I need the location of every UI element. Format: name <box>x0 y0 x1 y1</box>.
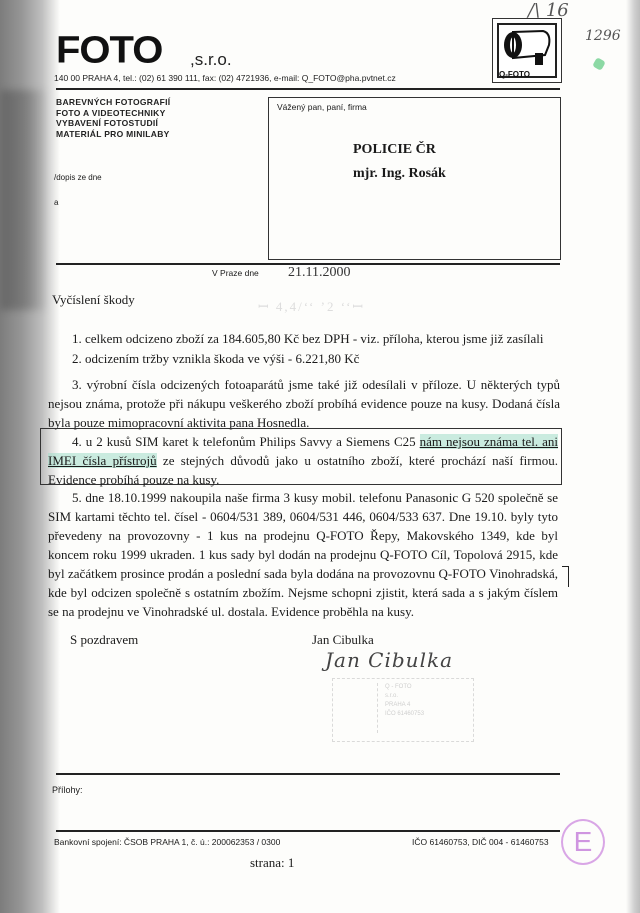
qfoto-logo: Q-FOTO <box>492 18 562 83</box>
stamp-line: Q - FOTO <box>385 683 424 692</box>
faint-overprint: ꟷ 4,4/‘‘ ’2 ‘‘ꟷ <box>258 297 365 315</box>
service-item: VYBAVENÍ FOTOSTUDIÍ <box>56 118 170 129</box>
damage-item-3: 3. výrobní čísla odcizených fotoaparátů … <box>48 375 560 432</box>
handwritten-note-top: /\ 16 <box>528 0 569 21</box>
bank-details: Bankovní spojení: ČSOB PRAHA 1, č. ú.: 2… <box>54 837 280 847</box>
footer-divider-top <box>56 773 560 775</box>
header-divider <box>56 88 560 90</box>
circled-e-mark: E <box>561 819 605 865</box>
date-place-label: V Praze dne <box>212 268 259 278</box>
footer-divider-bottom <box>56 830 560 832</box>
reference-label: /dopis ze dne <box>54 173 102 182</box>
recipient-person: mjr. Ing. Rosák <box>353 166 446 182</box>
stamp-line: PRAHA 4 <box>385 701 424 710</box>
recipient-box: Vážený pan, paní, firma POLICIE ČR mjr. … <box>268 97 561 260</box>
service-item: FOTO A VIDEOTECHNIKY <box>56 108 170 119</box>
company-logo-text: FOTO <box>56 29 162 72</box>
company-suffix: ,s.r.o. <box>190 50 232 70</box>
margin-bracket <box>562 566 569 587</box>
item-4-text: 4. u 2 kusů SIM karet k telefonům Philip… <box>72 434 420 449</box>
letter-subject: Vyčíslení škody <box>52 292 135 308</box>
damage-item-1: 1. celkem odcizeno zboží za 184.605,80 K… <box>72 329 543 348</box>
handwritten-number: 1296 <box>585 28 621 44</box>
damage-item-4: 4. u 2 kusů SIM karet k telefonům Philip… <box>48 432 558 489</box>
service-item: BAREVNÝCH FOTOGRAFIÍ <box>56 97 170 108</box>
damage-item-5: 5. dne 18.10.1999 nakoupila naše firma 3… <box>48 488 558 621</box>
qfoto-logo-label: Q-FOTO <box>499 70 530 79</box>
scan-shadow-right <box>626 0 640 913</box>
damage-item-2: 2. odcizením tržby vznikla škoda ve výši… <box>72 349 359 368</box>
recipient-organization: POLICIE ČR <box>353 142 436 158</box>
handwritten-signature: Jan Cibulka <box>325 648 453 672</box>
reference-label-2: a <box>54 198 58 207</box>
company-stamp: Q - FOTO s.r.o. PRAHA 4 IČO 61460753 <box>332 678 474 742</box>
recipient-label: Vážený pan, paní, firma <box>277 102 367 112</box>
services-list: BAREVNÝCH FOTOGRAFIÍ FOTO A VIDEOTECHNIK… <box>56 97 170 139</box>
stamp-line: s.r.o. <box>385 692 424 701</box>
stamp-line: IČO 61460753 <box>385 710 424 719</box>
page-number: strana: 1 <box>250 855 294 871</box>
service-item: MATERIÁL PRO MINILABY <box>56 129 170 140</box>
green-mark <box>592 57 606 71</box>
closing-greeting: S pozdravem <box>70 632 138 648</box>
company-ids: IČO 61460753, DIČ 004 - 61460753 <box>412 837 549 847</box>
attachments-label: Přílohy: <box>52 785 83 795</box>
company-address: 140 00 PRAHA 4, tel.: (02) 61 390 111, f… <box>54 73 396 83</box>
signer-name: Jan Cibulka <box>312 632 374 648</box>
stamp-text: Q - FOTO s.r.o. PRAHA 4 IČO 61460753 <box>385 683 424 719</box>
stamp-emblem-icon <box>337 683 378 733</box>
letter-date: 21.11.2000 <box>288 265 350 281</box>
scan-shadow-left-dark <box>0 90 48 310</box>
